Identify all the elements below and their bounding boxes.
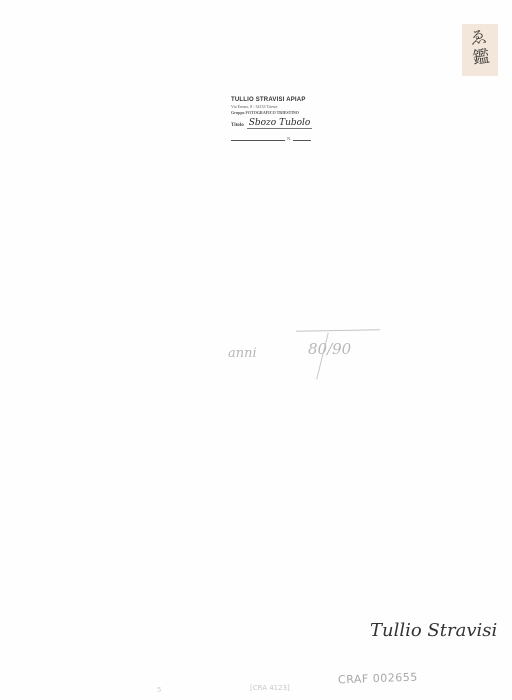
- stamp-number-row: N.: [231, 133, 311, 141]
- stamp-title-value: Sbozo Tubolo: [247, 118, 313, 129]
- pencil-note: [CRA 4123]: [250, 684, 290, 692]
- date-note-word: anni: [228, 346, 257, 361]
- photographer-signature: Tullio Stravisi: [370, 620, 490, 656]
- pencil-overline: [296, 329, 380, 331]
- photo-verso: ゑ 鑑 TULLIO STRAVISI APIAP Via Eremo, 8 -…: [0, 0, 512, 700]
- collection-sticker: ゑ 鑑: [462, 24, 498, 76]
- stamp-group: Gruppo FOTOGRAFICO TRIESTINO: [231, 110, 311, 116]
- photographer-stamp: TULLIO STRAVISI APIAP Via Eremo, 8 - 341…: [231, 96, 311, 141]
- stamp-photographer: TULLIO STRAVISI APIAP: [231, 96, 311, 104]
- date-note-years: 80/90: [308, 340, 351, 358]
- page-mark: 5: [157, 686, 161, 694]
- stamp-title-label: Titolo: [231, 123, 244, 129]
- stamp-number-label: N.: [285, 136, 293, 141]
- stamp-number-line: [293, 139, 311, 141]
- archive-code: CRAF 002655: [338, 671, 418, 687]
- handwritten-mark: ゑ 鑑: [463, 26, 497, 73]
- stamp-line: [231, 139, 285, 141]
- stamp-title-row: Titolo Sbozo Tubolo: [231, 117, 311, 129]
